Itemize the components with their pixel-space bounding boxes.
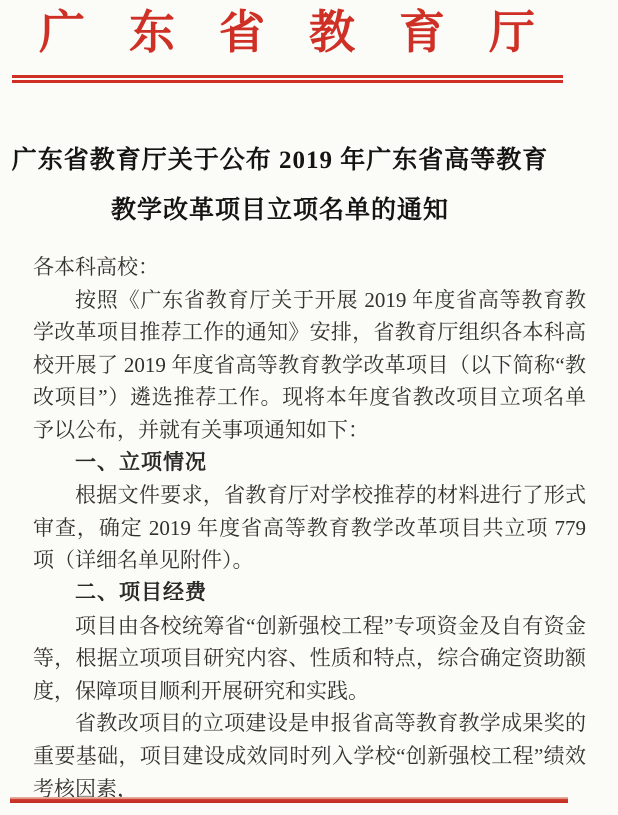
section-2-heading: 二、项目经费	[33, 577, 586, 610]
document-page: 广东省教育厅 广东省教育厅关于公布 2019 年广东省高等教育 教学改革项目立项…	[0, 0, 618, 815]
section-1-paragraph: 根据文件要求，省教育厅对学校推荐的材料进行了形式审查，确定 2019 年度省高等…	[33, 479, 586, 577]
letterhead-agency-name: 广东省教育厅	[0, 4, 618, 62]
document-title-line-1: 广东省教育厅关于公布 2019 年广东省高等教育	[0, 136, 560, 186]
intro-paragraph: 按照《广东省教育厅关于开展 2019 年度省高等教育教学改革项目推荐工作的通知》…	[33, 284, 586, 447]
salutation: 各本科高校：	[33, 251, 586, 284]
footer-rule	[10, 797, 568, 803]
section-2-paragraph-1: 项目由各校统筹省“创新强校工程”专项资金及自有资金等，根据立项项目研究内容、性质…	[33, 610, 586, 708]
section-2-paragraph-2: 省教改项目的立项建设是申报省高等教育教学成果奖的重要基础，项目建设成效同时列入学…	[33, 707, 586, 805]
section-1-heading: 一、立项情况	[33, 447, 586, 480]
document-title-line-2: 教学改革项目立项名单的通知	[0, 186, 560, 236]
document-title: 广东省教育厅关于公布 2019 年广东省高等教育 教学改革项目立项名单的通知	[0, 136, 560, 236]
document-body: 各本科高校： 按照《广东省教育厅关于开展 2019 年度省高等教育教学改革项目推…	[33, 251, 586, 805]
letterhead-double-rule	[12, 75, 563, 83]
